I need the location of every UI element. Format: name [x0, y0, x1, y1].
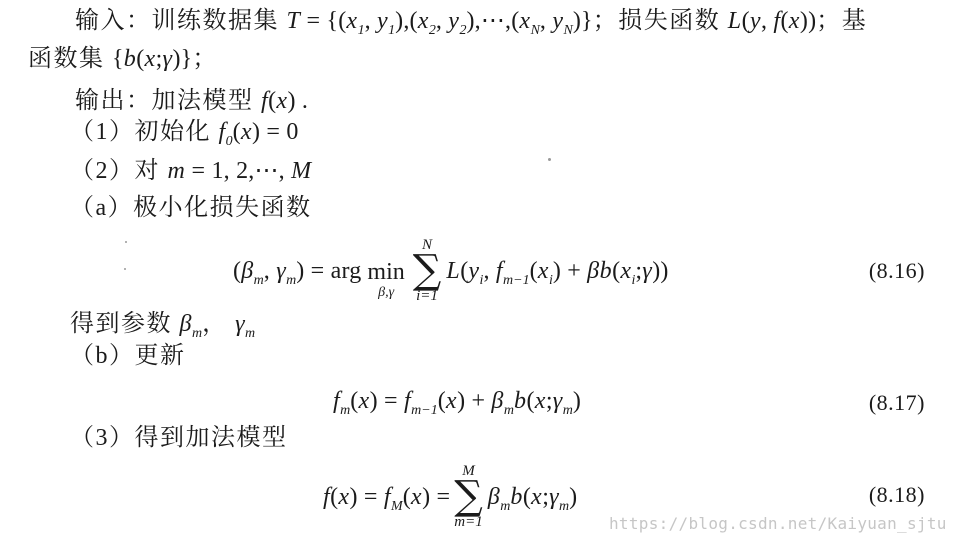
text-run: β — [491, 388, 503, 414]
equation-label-8-18: (8.18) — [869, 482, 925, 508]
text-run: T — [287, 8, 301, 34]
eq818-lhs: f(x) = fM(x) = — [323, 484, 450, 511]
text-run: γ — [642, 258, 652, 284]
text-run: βb — [587, 258, 612, 284]
text-run: ； — [192, 46, 218, 72]
text-run: { — [112, 46, 124, 72]
text-run: 0 — [226, 134, 233, 149]
algo-step-2-line: （2）对 m = 1, 2,⋯, M — [70, 157, 312, 186]
text-run: 2 — [429, 23, 436, 38]
text-run: β — [241, 258, 253, 284]
text-run: x — [346, 8, 357, 34]
text-run: ( — [350, 388, 358, 414]
text-run: ( — [742, 8, 750, 34]
algo-params-line: 得到参数 βm， γm — [70, 310, 255, 339]
text-run: )) — [800, 8, 816, 34]
text-run: ) = — [422, 484, 450, 510]
algo-input-line-2: 函数集 {b(x;γ)}； — [28, 45, 218, 74]
text-run: x — [538, 258, 549, 284]
text-run: m−1 — [503, 273, 530, 288]
equation-8-16: (βm, γm) = arg min β,γ N ∑ i=1 L(yi, fm−… — [233, 238, 669, 304]
min-subscript: β,γ — [378, 286, 394, 300]
algo-step-2a-line: （a）极小化损失函数 — [70, 194, 312, 223]
text-run: m−1 — [411, 403, 438, 418]
text-run: y — [552, 8, 563, 34]
min-operator: min β,γ — [367, 260, 404, 300]
text-run: f — [496, 258, 503, 284]
text-run: ；损失函数 — [593, 8, 728, 34]
text-run: x — [276, 88, 287, 114]
text-run: 1 — [358, 23, 365, 38]
text-run: b — [124, 46, 137, 72]
text-run: ( — [526, 388, 534, 414]
text-run: )} — [573, 8, 593, 34]
text-run: ),⋯,( — [466, 8, 519, 34]
text-run: )) — [652, 258, 668, 284]
text-run: ；基 — [816, 8, 867, 34]
text-run: ) = — [370, 388, 404, 414]
text-run: ) + — [553, 258, 587, 284]
text-run: , — [540, 8, 552, 34]
text-run: ， — [202, 311, 235, 337]
text-run: m — [504, 403, 514, 418]
text-run: x — [531, 484, 542, 510]
text-run: x — [338, 484, 349, 510]
text-run: （3）得到加法模型 — [70, 425, 288, 451]
csdn-watermark: https://blog.csdn.net/Kaiyuan_sjtu — [609, 514, 947, 533]
text-run: = 1, 2,⋯, — [185, 158, 291, 184]
text-run: m — [559, 499, 569, 514]
text-run: 输入：训练数据集 — [75, 8, 287, 34]
text-run: M — [391, 499, 403, 514]
text-run: β — [488, 484, 500, 510]
text-run: x — [446, 388, 457, 414]
text-run: 输出：加法模型 — [75, 88, 261, 114]
text-run: γ — [549, 484, 559, 510]
text-run: )} — [172, 46, 192, 72]
equation-8-18: f(x) = fM(x) = M ∑ m=1 βmb(x;γm) — [323, 461, 577, 533]
text-run: γ — [276, 258, 286, 284]
text-run: N — [563, 23, 572, 38]
sum-lower-limit: i=1 — [416, 289, 438, 304]
equation-label-8-17: (8.17) — [869, 390, 925, 416]
text-run: , — [761, 8, 773, 34]
text-run: ; — [546, 388, 553, 414]
text-run: b — [514, 388, 527, 414]
min-label: min — [367, 260, 404, 284]
text-run: b — [510, 484, 523, 510]
summation-operator: M ∑ m=1 — [454, 464, 483, 530]
textbook-page: 输入：训练数据集 T = {(x1, y1),(x2, y2),⋯,(xN, y… — [0, 0, 957, 545]
algo-step-3-line: （3）得到加法模型 — [70, 424, 288, 453]
text-run: x — [418, 8, 429, 34]
text-run: L — [446, 258, 460, 284]
eq817-body: fm(x) = fm−1(x) + βmb(x;γm) — [333, 388, 581, 415]
text-run: m — [245, 326, 255, 341]
text-run: γ — [553, 388, 563, 414]
text-run: （b）更新 — [70, 343, 186, 369]
text-run: x — [789, 8, 800, 34]
text-run: ) = 0 — [252, 119, 299, 145]
text-run: , — [365, 8, 377, 34]
text-run: x — [144, 46, 155, 72]
summation-operator: N ∑ i=1 — [413, 238, 442, 304]
equation-8-17: fm(x) = fm−1(x) + βmb(x;γm) — [333, 388, 581, 415]
text-run: m — [340, 403, 350, 418]
text-run: m — [500, 499, 510, 514]
text-run: x — [241, 119, 252, 145]
text-run: ),( — [395, 8, 418, 34]
scan-speck — [548, 158, 551, 161]
text-run: y — [468, 258, 479, 284]
text-run: m — [168, 158, 186, 184]
text-run: f — [384, 484, 391, 510]
text-run: β — [180, 311, 192, 337]
text-run: N — [531, 23, 540, 38]
scan-speck — [124, 268, 126, 270]
text-run: , — [483, 258, 495, 284]
text-run: = {( — [300, 8, 346, 34]
text-run: x — [411, 484, 422, 510]
text-run: （1）初始化 — [70, 119, 219, 145]
text-run: 得到参数 — [70, 311, 180, 337]
text-run: 函数集 — [28, 46, 112, 72]
text-run: ) = arg — [296, 258, 361, 284]
text-run: , — [264, 258, 276, 284]
text-run: m — [192, 326, 202, 341]
text-run: ( — [233, 258, 241, 284]
text-run: ) = — [350, 484, 384, 510]
text-run: m — [563, 403, 573, 418]
text-run: γ — [162, 46, 172, 72]
text-run: x — [519, 8, 530, 34]
text-run: m — [286, 273, 296, 288]
text-run: m — [254, 273, 264, 288]
text-run: y — [448, 8, 459, 34]
text-run: ) + — [457, 388, 491, 414]
algo-output-line: 输出：加法模型 f(x) . — [75, 87, 308, 116]
text-run: （a）极小化损失函数 — [70, 195, 312, 221]
algo-input-line-1: 输入：训练数据集 T = {(x1, y1),(x2, y2),⋯,(xN, y… — [75, 7, 867, 36]
text-run: ( — [403, 484, 411, 510]
eq816-rhs: L(yi, fm−1(xi) + βb(xi;γ)) — [446, 258, 668, 285]
text-run: y — [377, 8, 388, 34]
text-run: L — [728, 8, 742, 34]
eq816-lhs: (βm, γm) = arg — [233, 258, 361, 285]
text-run: ( — [530, 258, 538, 284]
text-run: ) . — [288, 88, 309, 114]
text-run: M — [291, 158, 312, 184]
sigma-icon: ∑ — [454, 480, 483, 513]
equation-label-8-16: (8.16) — [869, 258, 925, 284]
scan-speck — [125, 241, 127, 243]
sigma-icon: ∑ — [413, 254, 442, 287]
text-run: ( — [438, 388, 446, 414]
text-run: f — [219, 119, 226, 145]
text-run: （2）对 — [70, 158, 168, 184]
text-run: ) — [569, 484, 577, 510]
text-run: ( — [523, 484, 531, 510]
text-run: γ — [235, 311, 245, 337]
text-run: ) — [573, 388, 581, 414]
algo-step-2b-line: （b）更新 — [70, 342, 186, 371]
sum-lower-limit: m=1 — [454, 515, 482, 530]
text-run: ( — [233, 119, 241, 145]
text-run: f — [773, 8, 780, 34]
algo-step-1-line: （1）初始化 f0(x) = 0 — [70, 118, 299, 147]
text-run: x — [620, 258, 631, 284]
text-run: x — [535, 388, 546, 414]
text-run: ( — [781, 8, 789, 34]
eq818-rhs: βmb(x;γm) — [488, 484, 578, 511]
text-run: , — [436, 8, 448, 34]
text-run: x — [359, 388, 370, 414]
text-run: y — [750, 8, 761, 34]
